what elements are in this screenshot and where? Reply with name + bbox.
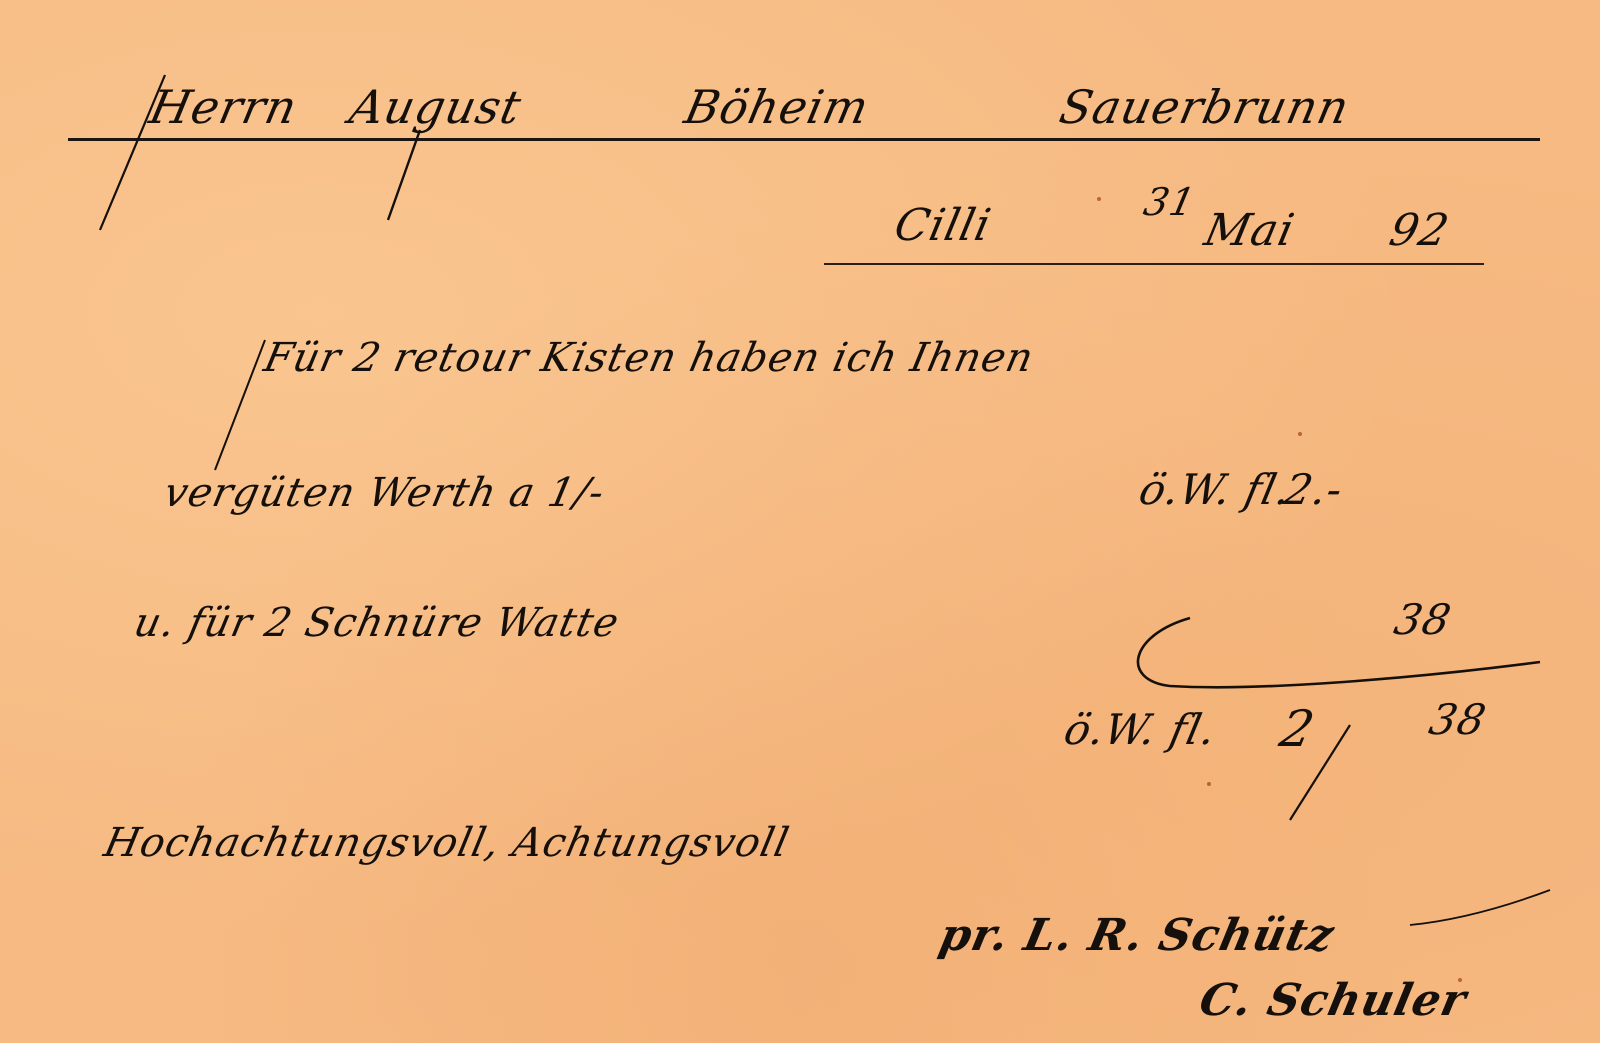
address-surname: Böheim [680,80,874,134]
dateline-place: Cilli [890,200,996,251]
signature-line-1: pr. L. R. Schütz [935,910,1339,961]
sum-line-flourish [1110,600,1550,700]
body-line-3: u. für 2 Schnüre Watte [130,600,623,646]
dateline-month: Mai [1200,205,1299,256]
date-underline [824,263,1484,265]
paper-speck [1298,432,1302,436]
amount-line1: 2.- [1280,465,1348,514]
dateline-day: 31 [1140,180,1200,224]
signature-flourish [1400,880,1560,940]
address-place: Sauerbrunn [1055,80,1355,134]
paper-speck [1458,978,1462,982]
dateline-year: 92 [1385,205,1454,256]
total-kreuzer: 38 [1425,695,1491,744]
paper-speck [1207,782,1211,786]
descender-stroke [1280,720,1360,830]
total-currency: ö.W. fl. [1060,705,1221,754]
postcard: Herrn August Böheim Sauerbrunn Cilli 31 … [0,0,1600,1043]
descender-stroke [380,120,440,230]
body-line-4-closing: Hochachtungsvoll, Achtungsvoll [100,820,793,866]
amount-line1-currency: ö.W. fl. [1135,465,1296,514]
descender-stroke [205,330,285,480]
paper-speck [1097,197,1101,201]
body-line-2: vergüten Werth a 1/- [160,470,609,516]
body-line-1: Für 2 retour Kisten haben ich Ihnen [260,335,1038,381]
descender-stroke [80,70,180,240]
address-underline [68,138,1540,141]
signature-line-2: C. Schuler [1195,975,1471,1026]
